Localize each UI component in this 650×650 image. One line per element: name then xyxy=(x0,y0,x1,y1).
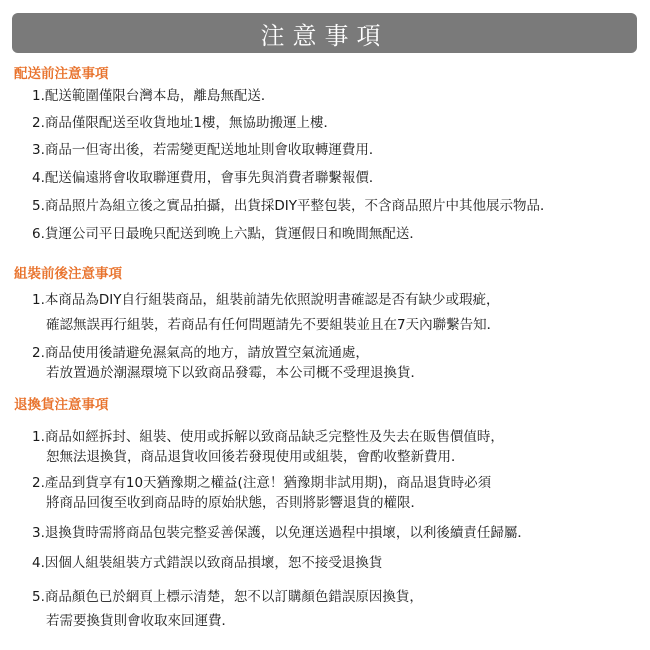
list-item-line: 若放置過於潮濕環境下以致商品發霉，本公司概不受理退換貨． xyxy=(32,363,424,383)
list-item: 5.商品照片為組立後之實品拍攝，出貨採DIY平整包裝，不含商品照片中其他展示物品… xyxy=(32,196,554,216)
list-item: 1.本商品為DIY自行組裝商品，組裝前請先依照說明書確認是否有缺少或瑕疵， 確認… xyxy=(32,290,500,335)
list-item: 1.商品如經拆封、組裝、使用或拆解以致商品缺乏完整性及失去在販售價值時， 恕無法… xyxy=(32,427,504,467)
header-bar: 注意事項 xyxy=(12,13,637,53)
section-title-assembly: 組裝前後注意事項 xyxy=(14,262,122,282)
list-item: 2.商品使用後請避免濕氣高的地方，請放置空氣流通處， 若放置過於潮濕環境下以致商… xyxy=(32,343,424,383)
section-title-shipping: 配送前注意事項 xyxy=(14,62,109,82)
list-item-line: 將商品回復至收到商品時的原始狀態，否則將影響退貨的權限． xyxy=(32,493,491,513)
list-item: 3.退換貨時需將商品包裝完整妥善保護，以免運送過程中損壞，以利後續責任歸屬． xyxy=(32,523,531,543)
list-item-line: 確認無誤再行組裝，若商品有任何問題請先不要組裝並且在7天內聯繫告知． xyxy=(32,315,500,335)
list-item: 3.商品一但寄出後，若需變更配送地址則會收取轉運費用． xyxy=(32,140,382,160)
list-item: 4.配送偏遠將會收取聯運費用，會事先與消費者聯繫報價． xyxy=(32,168,382,188)
page-title: 注意事項 xyxy=(261,16,389,51)
list-item-line: 若需要換貨則會收取來回運費． xyxy=(32,611,423,631)
list-item-line: 5.商品顏色已於網頁上標示清楚，恕不以訂購顏色錯誤原因換貨， xyxy=(32,589,423,605)
list-item-line: 2.商品使用後請避免濕氣高的地方，請放置空氣流通處， xyxy=(32,345,369,361)
list-item-line: 1.本商品為DIY自行組裝商品，組裝前請先依照說明書確認是否有缺少或瑕疵， xyxy=(32,292,500,308)
list-item-line: 恕無法退換貨，商品退貨收回後若發現使用或組裝，會酌收整新費用． xyxy=(32,447,504,467)
list-item: 1.配送範圍僅限台灣本島，離島無配送． xyxy=(32,86,274,106)
list-item: 4.因個人組裝組裝方式錯誤以致商品損壞，恕不接受退換貨 xyxy=(32,553,382,573)
section-title-returns: 退換貨注意事項 xyxy=(14,393,109,413)
list-item-line: 2.產品到貨享有10天猶豫期之權益(注意！猶豫期非試用期)，商品退貨時必須 xyxy=(32,475,491,491)
list-item: 2.產品到貨享有10天猶豫期之權益(注意！猶豫期非試用期)，商品退貨時必須 將商… xyxy=(32,473,491,513)
list-item: 5.商品顏色已於網頁上標示清楚，恕不以訂購顏色錯誤原因換貨， 若需要換貨則會收取… xyxy=(32,587,423,631)
list-item: 2.商品僅限配送至收貨地址1樓，無協助搬運上樓． xyxy=(32,113,337,133)
list-item-line: 1.商品如經拆封、組裝、使用或拆解以致商品缺乏完整性及失去在販售價值時， xyxy=(32,429,504,445)
list-item: 6.貨運公司平日最晚只配送到晚上六點，貨運假日和晚間無配送． xyxy=(32,224,423,244)
